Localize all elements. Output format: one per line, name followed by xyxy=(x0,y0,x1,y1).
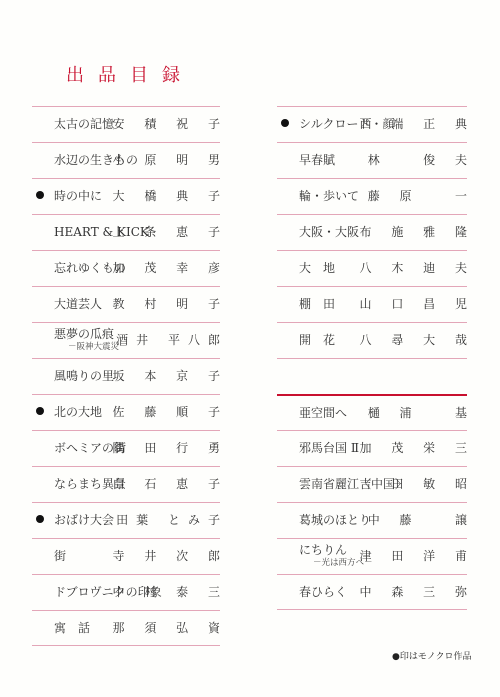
work-title: 開 花 xyxy=(299,332,335,348)
monochrome-bullet-icon xyxy=(36,515,44,523)
artist-name: 藤 原 一 xyxy=(368,188,475,204)
list-item: 亜空間へ樋 浦 基 xyxy=(277,394,467,430)
artist-name: 加 茂 幸 彦 xyxy=(113,260,228,276)
artist-name: 坂 本 京 子 xyxy=(113,368,228,384)
list-item: 棚 田山 口 昌 児 xyxy=(277,286,467,322)
work-title: 時の中に xyxy=(54,188,102,204)
right-column: シルクロード・顔西 端 正 典早春賦林 俊 夫輪・歩いて藤 原 一大阪・大阪布 … xyxy=(277,106,467,610)
list-item: 大道芸人教 村 明 子 xyxy=(32,286,220,322)
work-title: 太古の記憶 xyxy=(54,116,114,132)
work-title: 悪夢の瓜痕 xyxy=(54,326,114,342)
work-title: 風鳴りの里 xyxy=(54,368,114,384)
list-item: 水辺の生きもの小 原 明 男 xyxy=(32,142,220,178)
list-item: 悪夢の瓜痕－阪神大震災－酒井 平八郎 xyxy=(32,322,220,358)
artist-name: 小 原 明 男 xyxy=(113,152,228,168)
list-item: 街寺 井 次 郎 xyxy=(32,538,220,574)
list-item: 早春賦林 俊 夫 xyxy=(277,142,467,178)
work-title: 北の大地 xyxy=(54,404,102,420)
artist-name: 田葉 とみ子 xyxy=(116,512,228,528)
work-title: 棚 田 xyxy=(299,296,335,312)
list-item: ボヘミアの街隅 田 行 勇 xyxy=(32,430,220,466)
artist-name: 布 施 雅 隆 xyxy=(360,224,475,240)
list-item: 北の大地佐 藤 順 子 xyxy=(32,394,220,430)
footnote: ●印はモノクロ作品 xyxy=(392,651,472,663)
work-title: 寓 話 xyxy=(54,620,90,636)
work-title: おばけ大会 xyxy=(54,512,114,528)
list-item: 大阪・大阪布 施 雅 隆 xyxy=(277,214,467,250)
monochrome-bullet-icon xyxy=(281,119,289,127)
list-item: 太古の記憶安 積 祝 子 xyxy=(32,106,220,142)
artist-name: 吉 田 敏 昭 xyxy=(360,476,475,492)
list-item: ドブロヴニクの印象中 村 泰 三 xyxy=(32,574,220,610)
artist-name: 八 木 迪 夫 xyxy=(360,260,475,276)
artist-name: 西 端 正 典 xyxy=(360,116,475,132)
work-title: 葛城のほとり xyxy=(299,512,371,528)
list-item: 輪・歩いて藤 原 一 xyxy=(277,178,467,214)
monochrome-bullet-icon xyxy=(36,407,44,415)
artist-name: 安 積 祝 子 xyxy=(113,116,228,132)
work-title: 亜空間へ xyxy=(299,405,347,421)
list-item: HEART & KICK上 条 恵 子 xyxy=(32,214,220,250)
list-item: 春ひらく中 森 三 弥 xyxy=(277,574,467,610)
list-item: 邪馬台国 Ⅱ加 茂 栄 三 xyxy=(277,430,467,466)
blank-row xyxy=(277,358,467,394)
artist-name: 那 須 弘 資 xyxy=(113,620,228,636)
artist-name: 中 村 泰 三 xyxy=(113,584,228,600)
artist-name: 佐 藤 順 子 xyxy=(113,404,228,420)
left-column: 太古の記憶安 積 祝 子水辺の生きもの小 原 明 男時の中に大 橋 典 子HEA… xyxy=(32,106,220,646)
list-item: シルクロード・顔西 端 正 典 xyxy=(277,106,467,142)
list-item: 風鳴りの里坂 本 京 子 xyxy=(32,358,220,394)
list-item: おばけ大会田葉 とみ子 xyxy=(32,502,220,538)
artist-name: 八 尋 大 哉 xyxy=(360,332,475,348)
artist-name: 酒井 平八郎 xyxy=(116,332,228,348)
artist-name: 寺 井 次 郎 xyxy=(113,548,228,564)
work-title: 早春賦 xyxy=(299,152,335,168)
list-item: 寓 話那 須 弘 資 xyxy=(32,610,220,646)
list-item: 葛城のほとり中 藤 譲 xyxy=(277,502,467,538)
artist-name: 加 茂 栄 三 xyxy=(360,440,475,456)
work-title: 邪馬台国 Ⅱ xyxy=(299,440,359,456)
artist-name: 大 橋 典 子 xyxy=(113,188,228,204)
list-item: ならまち異景白 石 恵 子 xyxy=(32,466,220,502)
artist-name: 中 森 三 弥 xyxy=(360,584,475,600)
work-title: 輪・歩いて xyxy=(299,188,359,204)
list-item: 雲南省麗江〈中国〉吉 田 敏 昭 xyxy=(277,466,467,502)
monochrome-bullet-icon xyxy=(36,191,44,199)
artist-name: 樋 浦 基 xyxy=(368,405,475,421)
list-item: 時の中に大 橋 典 子 xyxy=(32,178,220,214)
page-title: 出品目録 xyxy=(66,66,194,86)
work-title: 大道芸人 xyxy=(54,296,102,312)
artist-name: 津 田 洋 甫 xyxy=(360,548,475,564)
artist-name: 白 石 恵 子 xyxy=(113,476,228,492)
work-title: 春ひらく xyxy=(299,584,347,600)
artist-name: 隅 田 行 勇 xyxy=(113,440,228,456)
work-title: にちりん xyxy=(299,542,347,558)
artist-name: 上 条 恵 子 xyxy=(113,224,228,240)
list-item: 忘れゆくもの加 茂 幸 彦 xyxy=(32,250,220,286)
artist-name: 林 俊 夫 xyxy=(368,152,475,168)
list-item: 開 花八 尋 大 哉 xyxy=(277,322,467,358)
work-title: 街 xyxy=(54,548,66,564)
artist-name: 中 藤 譲 xyxy=(368,512,475,528)
artist-name: 教 村 明 子 xyxy=(113,296,228,312)
work-title: 大 地 xyxy=(299,260,335,276)
list-item: にちりん－光は西方へ－津 田 洋 甫 xyxy=(277,538,467,574)
list-item: 大 地八 木 迪 夫 xyxy=(277,250,467,286)
work-title: 大阪・大阪 xyxy=(299,224,359,240)
artist-name: 山 口 昌 児 xyxy=(360,296,475,312)
